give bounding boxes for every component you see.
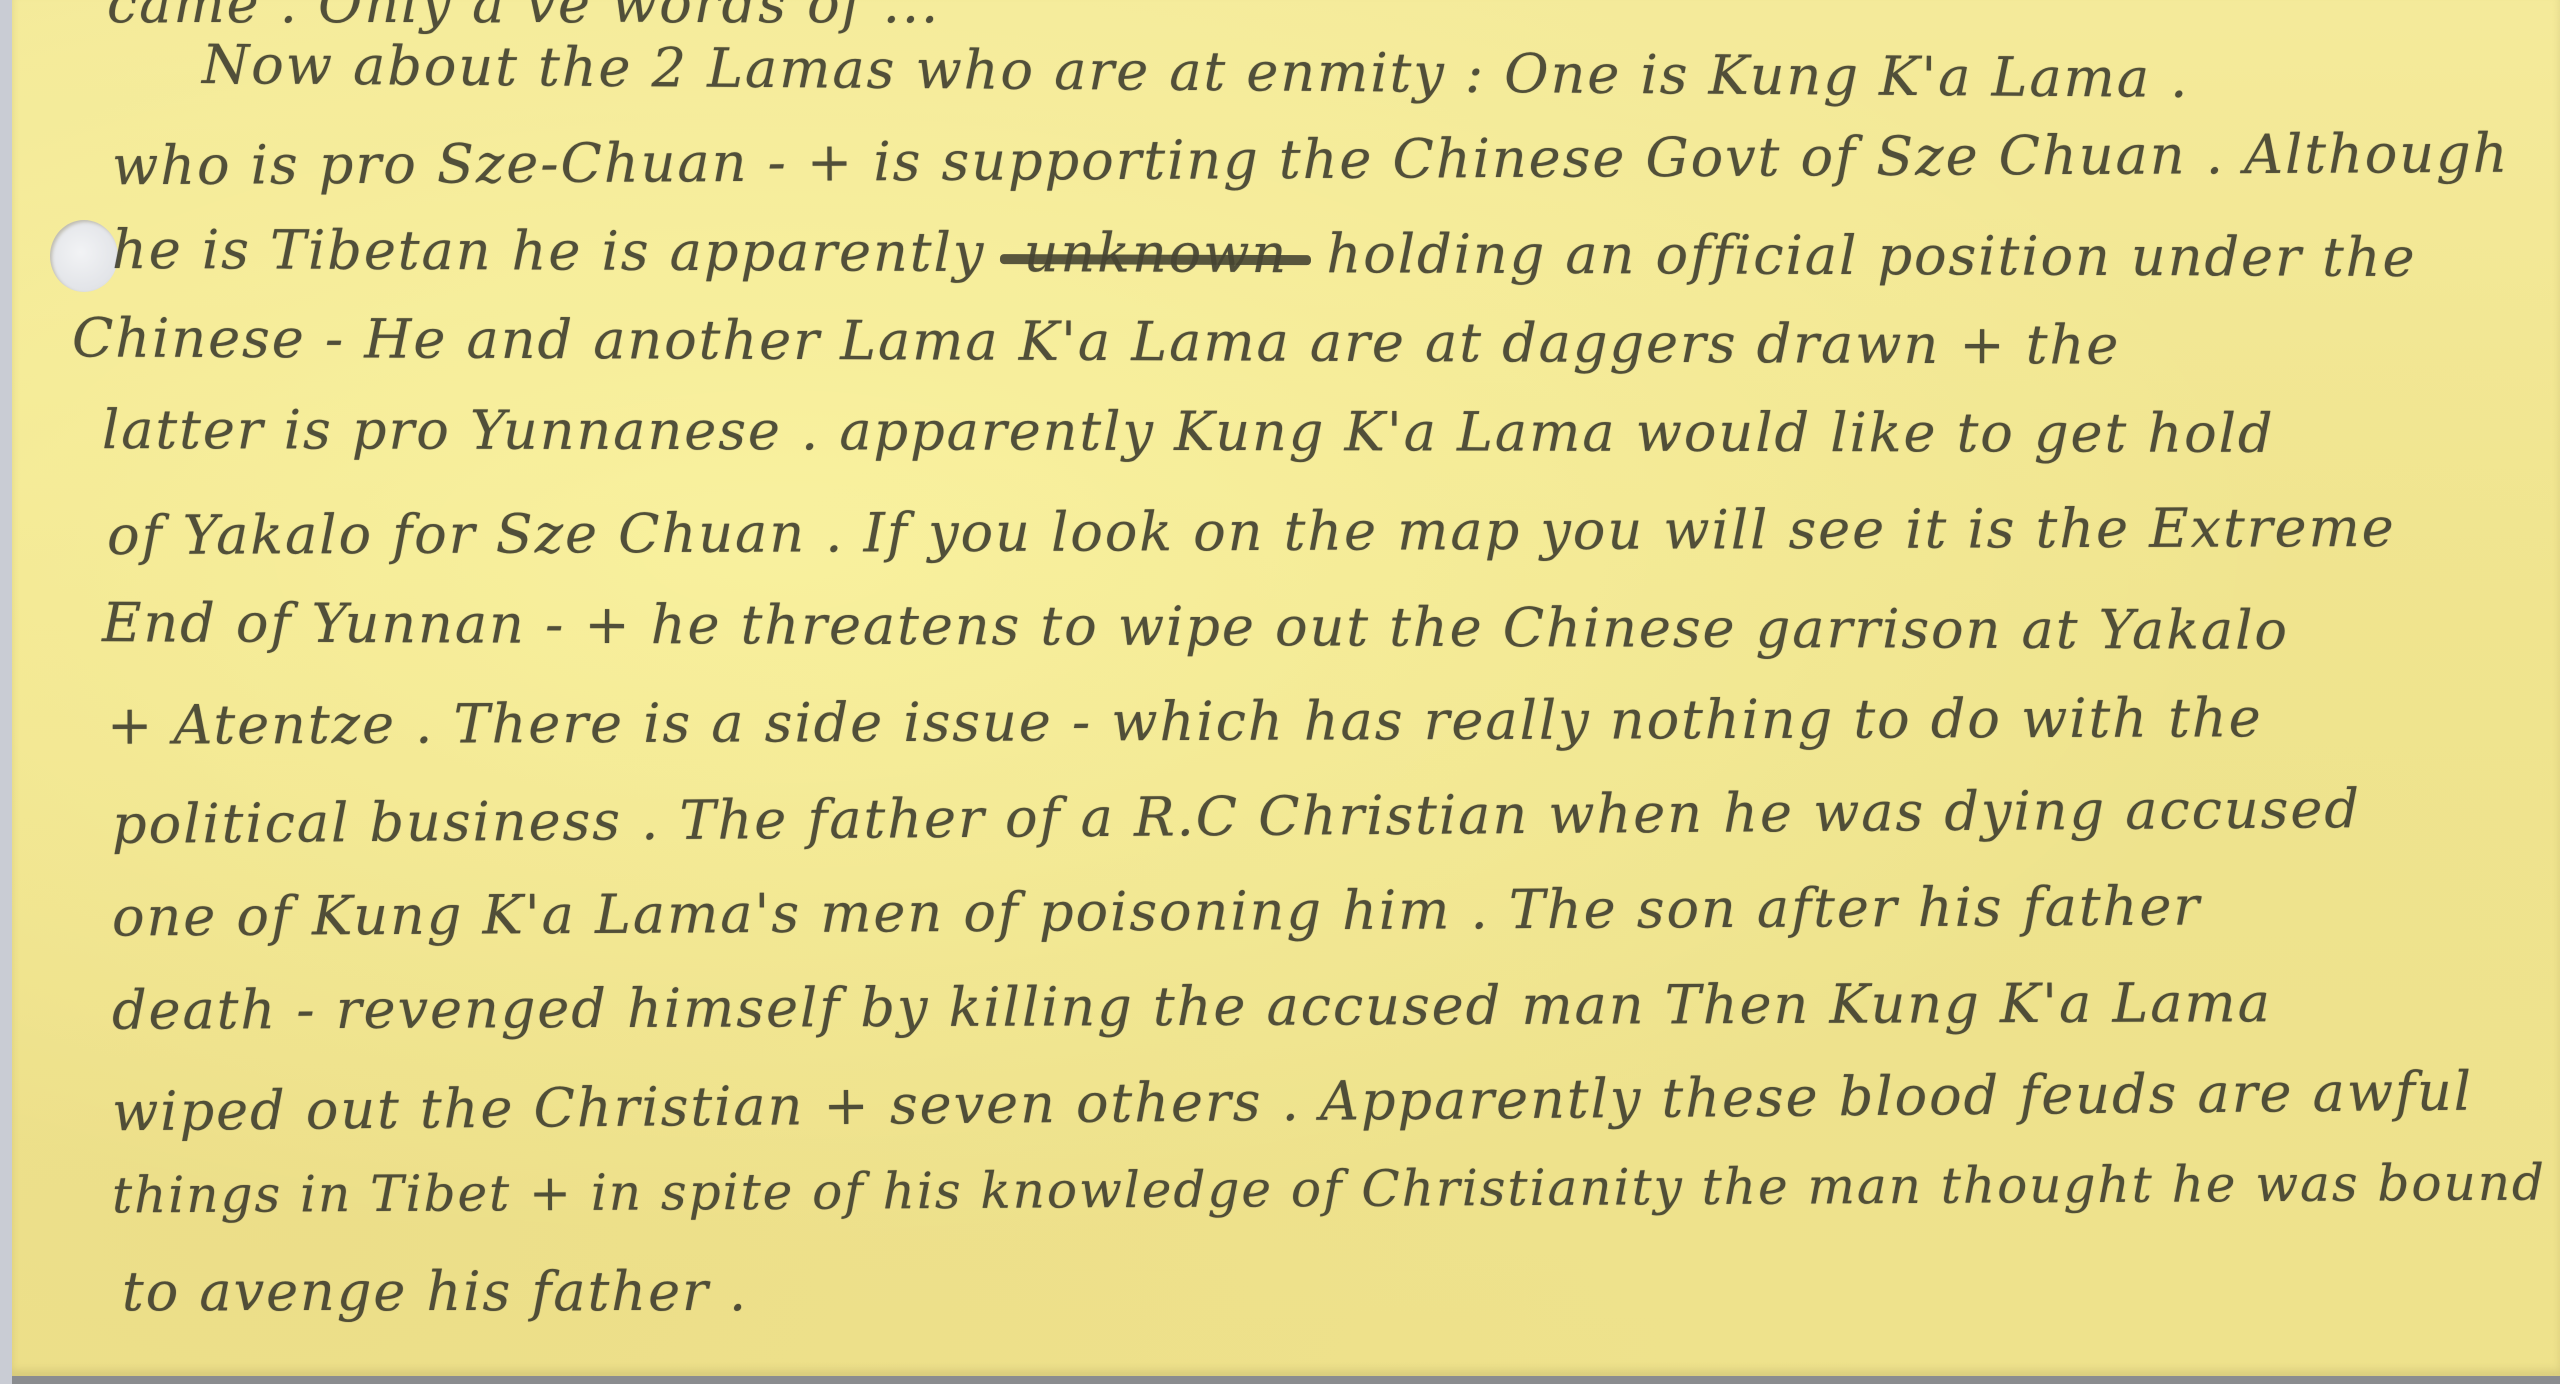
line-text: death - revenged himself by killing the … [112,971,2272,1042]
line-text: of Yakalo for Sze Chuan . If you look on… [107,496,2396,567]
handwritten-line-9: + Atentze . There is a side issue - whic… [107,686,2263,757]
line-text-continued: holding an official position under the [1326,222,2416,289]
yellow-paper-sheet: came . Only a ve words of ... Now about … [12,0,2560,1376]
handwritten-line-10: political business . The father of a R.C… [112,777,2361,856]
paper-bottom-edge [12,1376,2560,1384]
line-text: latter is pro Yunnanese . apparently Kun… [102,398,2275,465]
line-text: End of Yunnan - + he threatens to wipe o… [102,591,2289,662]
scanned-document: came . Only a ve words of ... Now about … [0,0,2560,1384]
handwritten-line-13: wiped out the Christian + seven others .… [112,1060,2474,1144]
line-text: Now about the 2 Lamas who are at enmity … [202,33,2190,110]
handwritten-text-body: came . Only a ve words of ... Now about … [12,0,2560,1376]
handwritten-line-2: Now about the 2 Lamas who are at enmity … [202,33,2190,110]
handwritten-line-15: to avenge his father . [122,1260,748,1323]
line-text: he is Tibetan he is apparently [112,218,986,284]
handwritten-line-5: Chinese - He and another Lama K'a Lama a… [72,306,2120,376]
line-text: things in Tibet + in spite of his knowle… [112,1154,2546,1225]
line-text: Chinese - He and another Lama K'a Lama a… [72,306,2120,376]
handwritten-line-7: of Yakalo for Sze Chuan . If you look on… [107,496,2396,567]
handwritten-line-6: latter is pro Yunnanese . apparently Kun… [102,398,2275,465]
handwritten-line-4: he is Tibetan he is apparently unknown h… [112,218,2417,289]
struck-out-word: unknown [1004,221,1307,285]
line-text: one of Kung K'a Lama's men of poisoning … [112,875,2201,949]
handwritten-line-8: End of Yunnan - + he threatens to wipe o… [102,591,2289,662]
line-text: came . Only a ve words of ... [107,0,940,35]
handwritten-line-11: one of Kung K'a Lama's men of poisoning … [112,875,2201,949]
handwritten-line-1: came . Only a ve words of ... [107,0,940,35]
line-text: to avenge his father . [122,1260,748,1323]
handwritten-line-3: who is pro Sze-Chuan - + is supporting t… [112,122,2510,198]
line-text: wiped out the Christian + seven others .… [112,1060,2474,1144]
handwritten-line-14: things in Tibet + in spite of his knowle… [112,1154,2546,1225]
line-text: + Atentze . There is a side issue - whic… [107,686,2263,757]
line-text: political business . The father of a R.C… [112,777,2361,856]
line-text: who is pro Sze-Chuan - + is supporting t… [112,122,2510,198]
struck-text: unknown [1024,221,1289,285]
handwritten-line-12: death - revenged himself by killing the … [112,971,2272,1042]
